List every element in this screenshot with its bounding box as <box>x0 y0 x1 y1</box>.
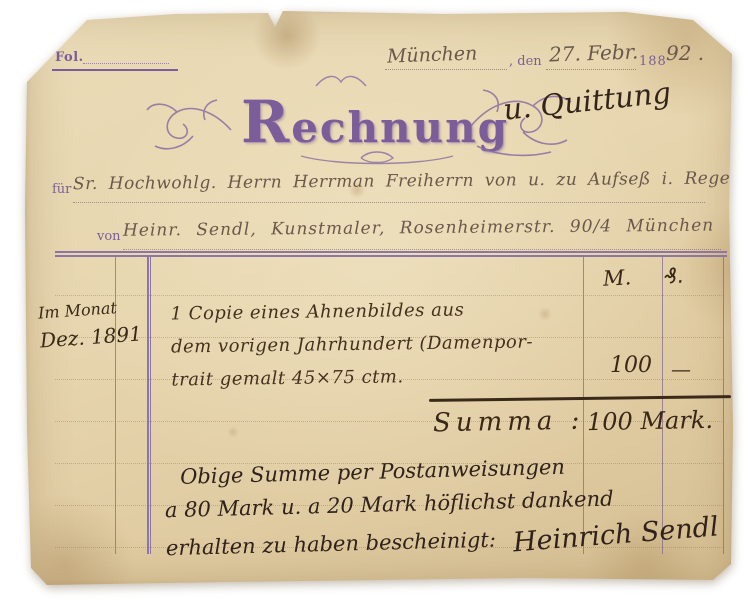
year-handwritten: 92 . <box>666 41 704 65</box>
issuer-line: Heinr. Sendl, Kunstmaler, Rosenheimerstr… <box>123 215 747 240</box>
note-line: erhalten zu haben bescheinigt: Heinrich … <box>166 517 719 562</box>
amount-mark: 100 <box>610 353 652 378</box>
day-month-handwritten: 27. Febr. <box>549 39 639 66</box>
corner-crease <box>20 7 87 76</box>
item-line: dem vorigen Jahrhundert (Damenpor- <box>171 325 533 363</box>
place-dotted-line <box>385 69 507 70</box>
summa-value: 100 Mark. <box>587 406 713 436</box>
table-vertical-double-line <box>147 257 151 554</box>
title-flourish-under-icon <box>297 148 457 168</box>
sum-ink-rule <box>429 395 731 402</box>
amount-pfennig: — <box>671 357 691 381</box>
column-header-mark: M. <box>602 265 631 290</box>
invoice-paper: Fol. München , den 27. Febr. 188 92 . Re… <box>25 8 735 586</box>
receipt-note: Obige Summe per Postanweisungen a 80 Mar… <box>164 451 719 562</box>
den-label: , den <box>509 54 542 69</box>
date-dotted-line <box>546 69 636 70</box>
item-description: 1 Copie eines Ahnenbildes aus dem vorige… <box>170 292 533 396</box>
folio-rule <box>52 69 178 71</box>
entry-period-line1: Im Monat <box>37 297 140 323</box>
entry-period-line2: Dez. 1891 <box>39 321 142 352</box>
fuer-label: für <box>52 182 71 197</box>
table-top-rule <box>55 251 727 257</box>
title-flourish-top-icon <box>311 72 371 90</box>
folio-label: Fol. <box>55 50 84 65</box>
note-line: Obige Summe per Postanweisungen <box>180 451 717 489</box>
scanned-document: Fol. München , den 27. Febr. 188 92 . Re… <box>0 0 750 604</box>
table-vertical-line <box>723 257 724 554</box>
item-line: 1 Copie eines Ahnenbildes aus <box>170 292 532 330</box>
summa-label: Summa : <box>433 406 585 439</box>
place-handwritten: München <box>387 42 478 67</box>
item-line: trait gemalt 45×75 ctm. <box>171 358 533 396</box>
note-line: a 80 Mark u. a 20 Mark höflichst dankend <box>165 484 718 522</box>
signature: Heinrich Sendl <box>512 511 720 558</box>
von-label: von <box>97 229 121 244</box>
entry-period: Im Monat Dez. 1891 <box>37 297 142 353</box>
recipient-line: Sr. Hochwohlg. Herrn Herrman Freiherrn v… <box>73 168 750 194</box>
folio-dotted-line <box>83 63 169 64</box>
recipient-dotted-line <box>73 202 705 203</box>
note-line-text: erhalten zu haben bescheinigt: <box>166 528 496 561</box>
paper-shadow: Fol. München , den 27. Febr. 188 92 . Re… <box>25 8 735 586</box>
column-header-pfennig: ₰. <box>663 263 684 288</box>
year-printed: 188 <box>639 54 667 69</box>
issuer-dotted-line <box>123 249 721 250</box>
